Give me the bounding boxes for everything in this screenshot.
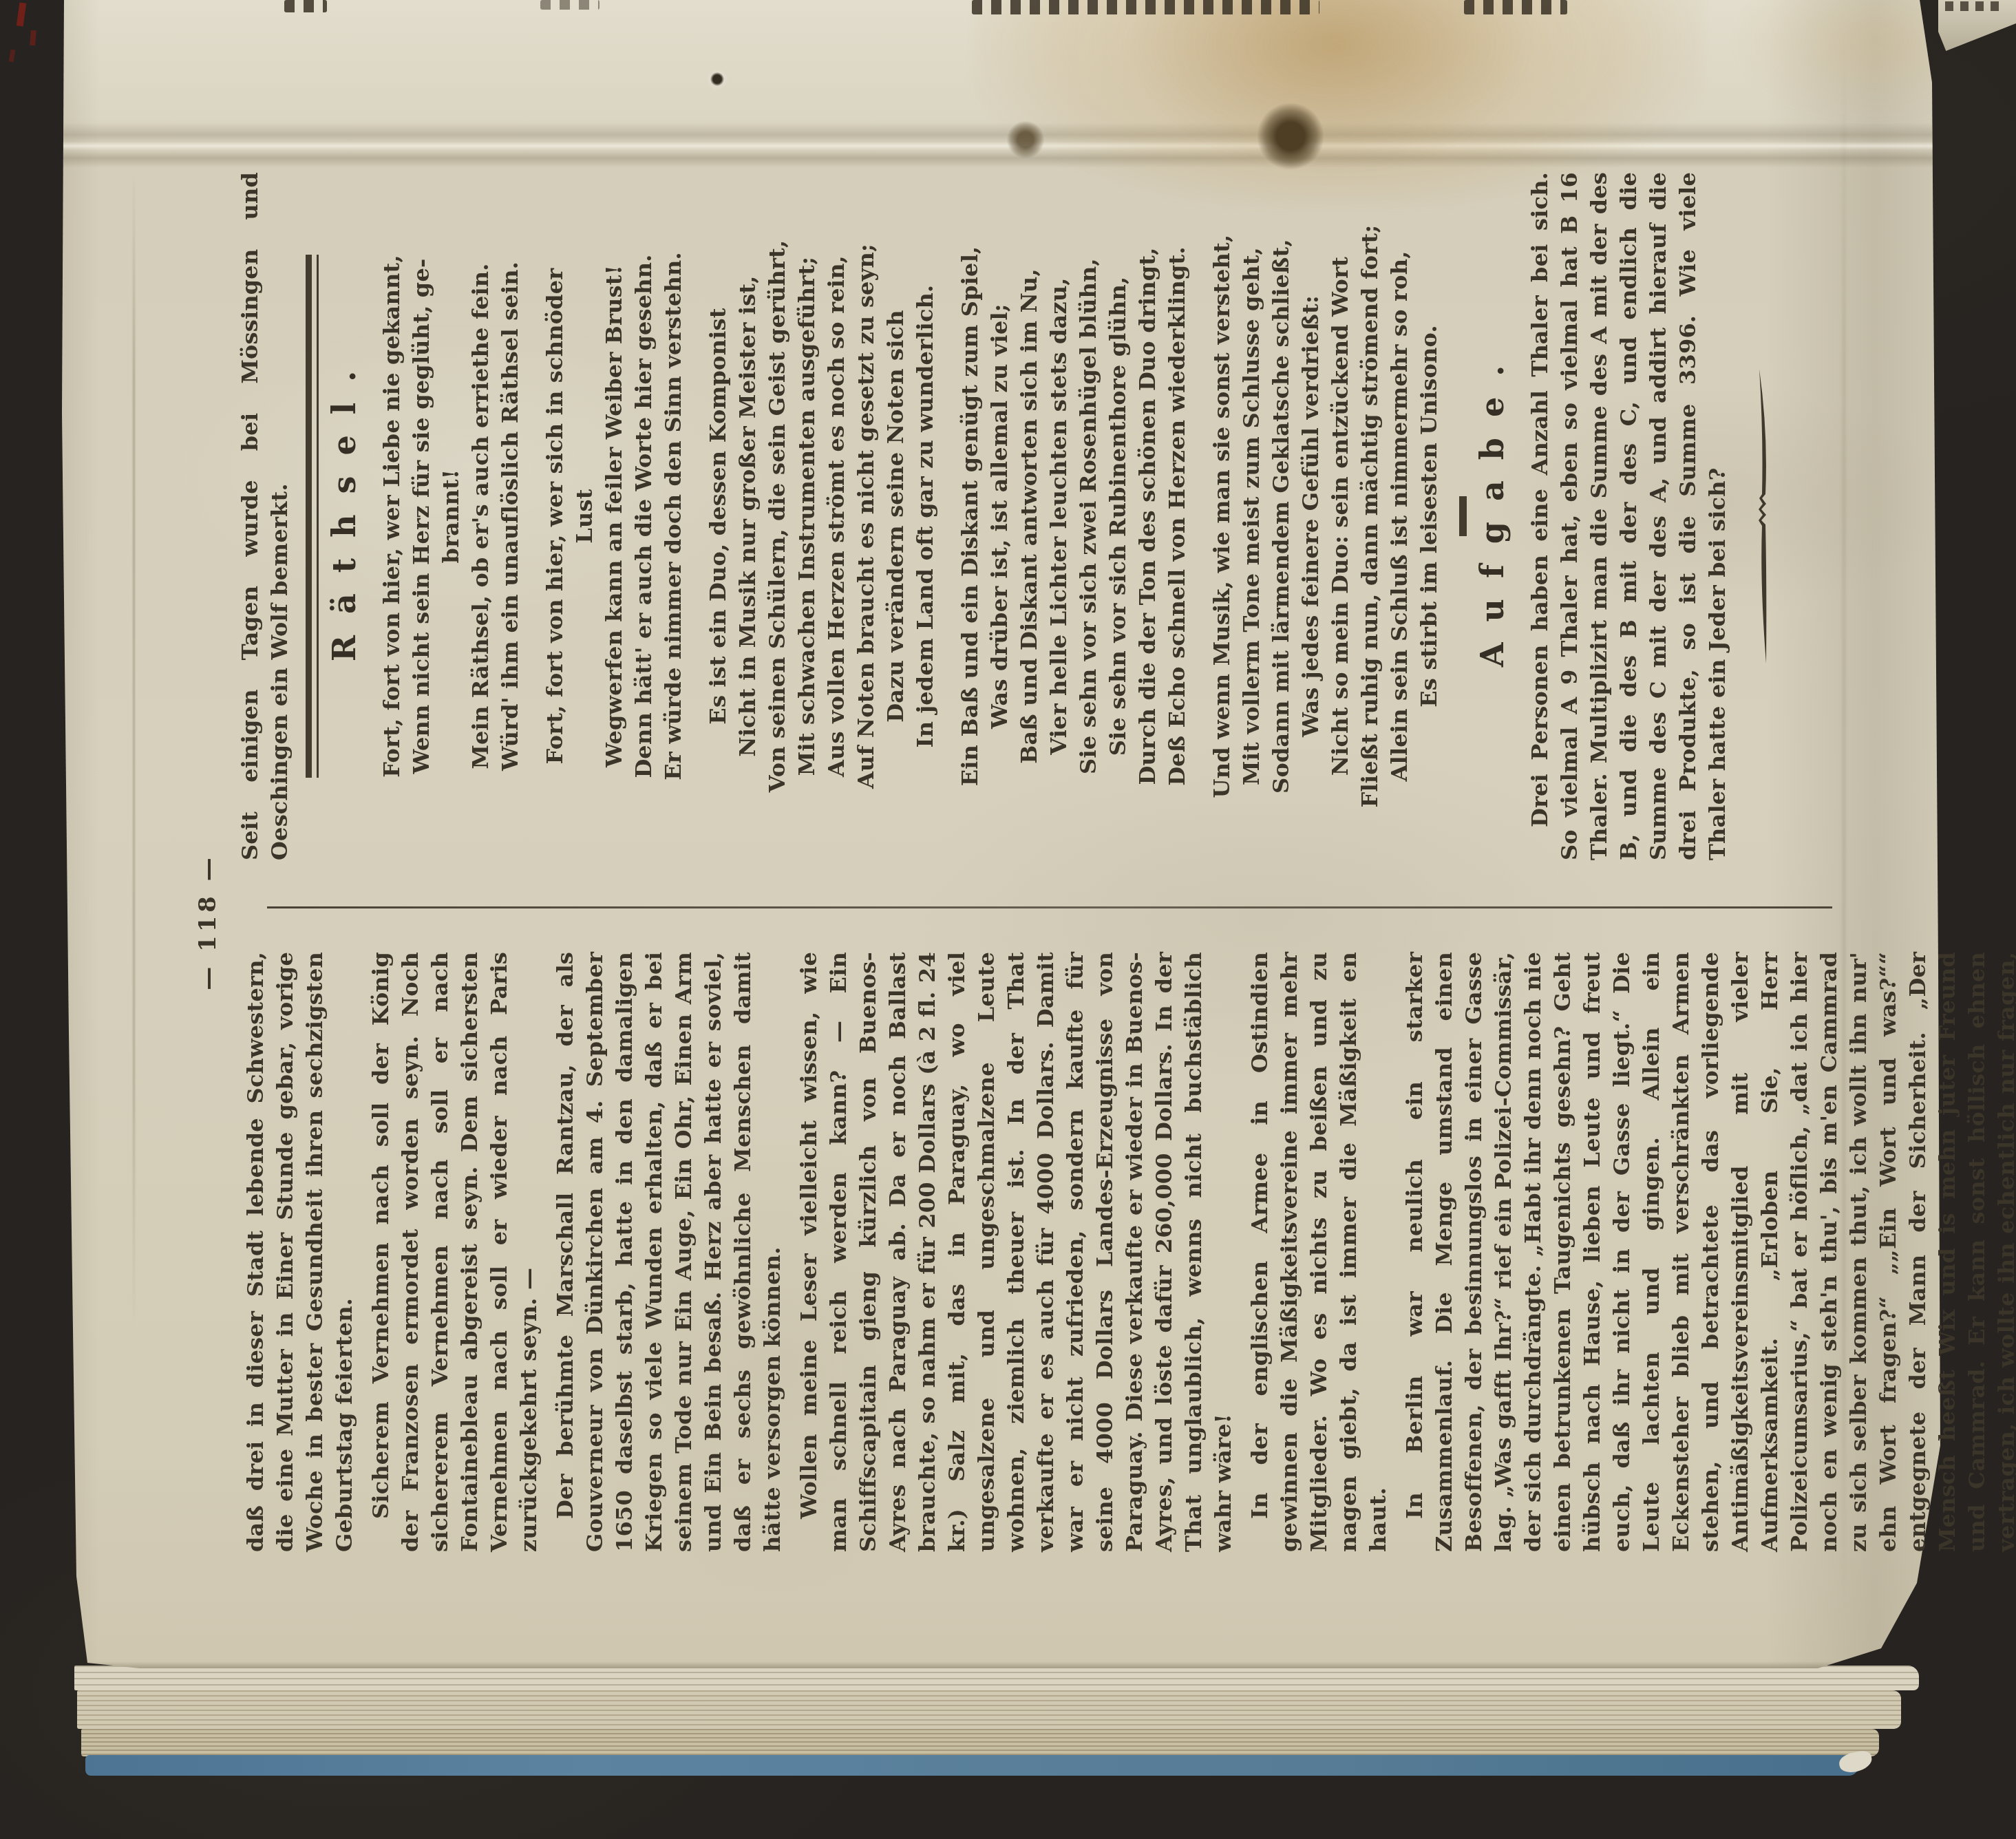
- cut-off-facing-text: [284, 0, 327, 12]
- section-rule: [1459, 496, 1467, 536]
- paper-stain: [1132, 0, 1531, 172]
- paper-crease: [133, 172, 135, 1328]
- flourish-icon: [1753, 365, 1774, 668]
- riddle-heading: Räthsel.: [330, 172, 359, 860]
- cut-off-facing-text: [1945, 1, 2004, 11]
- riddle-stanza: Es ist ein Duo, dessen Komponist Nicht i…: [703, 172, 940, 860]
- fold-crease: [59, 123, 1944, 143]
- red-edge-mark: [8, 50, 15, 63]
- cut-off-facing-text: [1464, 0, 1567, 14]
- paragraph: In der englischen Armee in Ostindien gew…: [1245, 952, 1393, 1552]
- paragraph: Wollen meine Leser vielleicht wissen, wi…: [794, 952, 1238, 1552]
- wolf-notice: Seit einigen Tagen wurde bei Mössingen u…: [235, 172, 295, 860]
- task-heading: Aufgabe.: [1478, 172, 1507, 860]
- page-number: — 118 —: [194, 854, 222, 990]
- paragraph: In Berlin war neulich ein starker Zusamm…: [1400, 952, 2016, 1552]
- paragraph: daß drei in dieser Stadt lebende Schwest…: [241, 952, 359, 1552]
- paragraph: Sicherem Vernehmen nach soll der König d…: [366, 952, 544, 1552]
- riddle-stanza: Fort, fort von hier, wer Liebe nie gekan…: [377, 172, 525, 860]
- double-rule: [306, 255, 319, 778]
- task-text: Drei Personen haben eine Anzahl Thaler b…: [1525, 172, 1732, 860]
- column-divider-rule: [267, 906, 1832, 908]
- paper-hole: [705, 67, 729, 91]
- paragraph: Der berühmte Marschall Rantzau, der als …: [551, 952, 787, 1552]
- fold-crease: [59, 150, 1944, 168]
- riddle-stanza: Und wenn Musik, wie man sie sonst verste…: [1207, 172, 1444, 860]
- riddle-stanza: Ein Baß und ein Diskant genügt zum Spiel…: [955, 172, 1192, 860]
- ink-spot: [1258, 103, 1324, 169]
- fold-crease: [59, 142, 1944, 150]
- left-column: daß drei in dieser Stadt lebende Schwest…: [241, 952, 2016, 1552]
- cut-off-facing-text: [972, 0, 1319, 14]
- scan-background: — 118 — daß drei in dieser Stadt lebende…: [0, 0, 2016, 1839]
- red-edge-mark: [30, 30, 36, 46]
- ink-spot: [1007, 121, 1044, 158]
- cut-off-facing-text: [540, 0, 600, 10]
- rotated-text-block: — 118 — daß drei in dieser Stadt lebende…: [193, 172, 1831, 1817]
- riddle-stanza: Fort, fort von hier, wer sich in schnöde…: [540, 172, 688, 860]
- right-column: Seit einigen Tagen wurde bei Mössingen u…: [235, 172, 1774, 860]
- red-edge-mark: [17, 2, 27, 26]
- adjacent-page-corner: [1938, 0, 2016, 51]
